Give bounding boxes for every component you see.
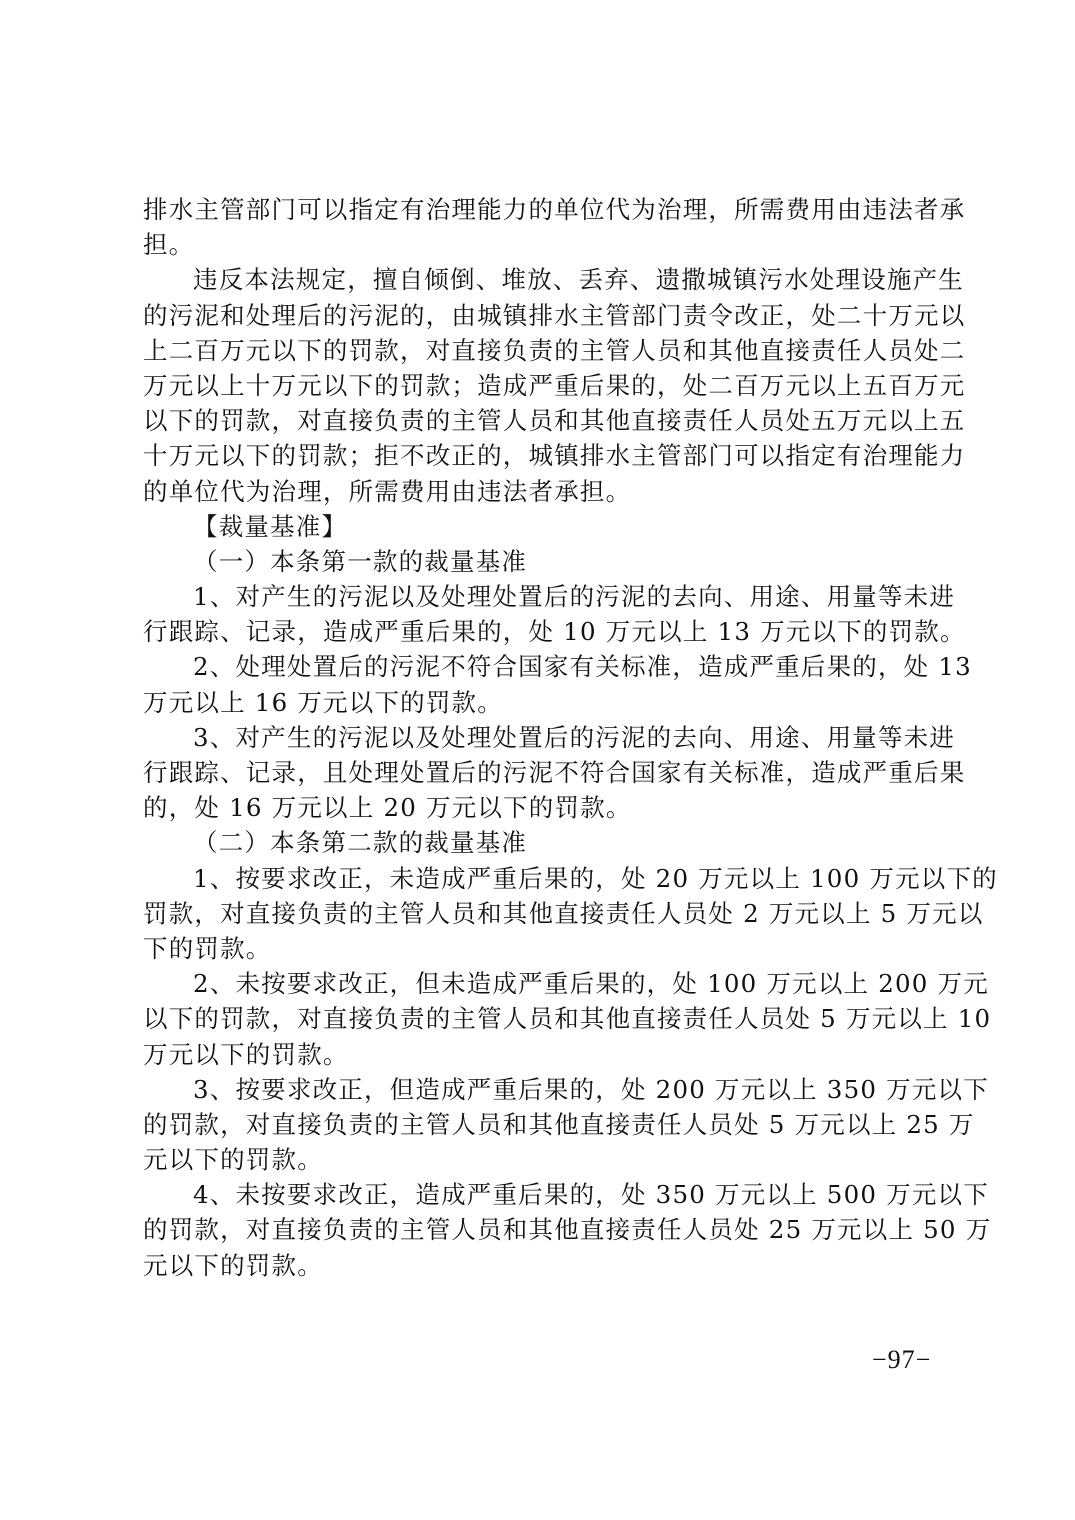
text-line: 行跟踪、记录，且处理处置后的污泥不符合国家有关标准，造成严重后果 [143,755,946,790]
text-line: 1、对产生的污泥以及处理处置后的污泥的去向、用途、用量等未进 [143,579,946,614]
text-line: 的罚款，对直接负责的主管人员和其他直接责任人员处 5 万元以上 25 万 [143,1107,946,1142]
text-line: 元以下的罚款。 [143,1142,946,1177]
text-line: 【裁量基准】 [143,509,946,544]
text-line: 排水主管部门可以指定有治理能力的单位代为治理，所需费用由违法者承 [143,192,946,227]
text-line: 的污泥和处理后的污泥的，由城镇排水主管部门责令改正，处二十万元以 [143,298,946,333]
text-line: 元以下的罚款。 [143,1248,946,1283]
text-line: 4、未按要求改正，造成严重后果的，处 350 万元以上 500 万元以下 [143,1177,946,1212]
text-line: 1、按要求改正，未造成严重后果的，处 20 万元以上 100 万元以下的 [143,861,946,896]
page-number: −97− [872,1345,931,1375]
text-line: 2、未按要求改正，但未造成严重后果的，处 100 万元以上 200 万元 [143,966,946,1001]
text-line: 3、对产生的污泥以及处理处置后的污泥的去向、用途、用量等未进 [143,720,946,755]
text-line: 万元以下的罚款。 [143,1037,946,1072]
text-line: 2、处理处置后的污泥不符合国家有关标准，造成严重后果的，处 13 [143,649,946,684]
text-line: （二）本条第二款的裁量基准 [143,825,946,860]
text-line: 的单位代为治理，所需费用由违法者承担。 [143,474,946,509]
text-line: 上二百万元以下的罚款，对直接负责的主管人员和其他直接责任人员处二 [143,333,946,368]
text-line: 的，处 16 万元以上 20 万元以下的罚款。 [143,790,946,825]
text-line: 万元以上 16 万元以下的罚款。 [143,685,946,720]
text-line: 十万元以下的罚款；拒不改正的，城镇排水主管部门可以指定有治理能力 [143,438,946,473]
text-line: 万元以上十万元以下的罚款；造成严重后果的，处二百万元以上五百万元 [143,368,946,403]
text-line: 担。 [143,227,946,262]
text-line: 的罚款，对直接负责的主管人员和其他直接责任人员处 25 万元以上 50 万 [143,1212,946,1247]
document-body: 排水主管部门可以指定有治理能力的单位代为治理，所需费用由违法者承担。违反本法规定… [143,192,946,1283]
text-line: 违反本法规定，擅自倾倒、堆放、丢弃、遗撒城镇污水处理设施产生 [143,262,946,297]
text-line: 行跟踪、记录，造成严重后果的，处 10 万元以上 13 万元以下的罚款。 [143,614,946,649]
text-line: 3、按要求改正，但造成严重后果的，处 200 万元以上 350 万元以下 [143,1072,946,1107]
text-line: 以下的罚款，对直接负责的主管人员和其他直接责任人员处 5 万元以上 10 [143,1001,946,1036]
text-line: 下的罚款。 [143,931,946,966]
text-line: 以下的罚款，对直接负责的主管人员和其他直接责任人员处五万元以上五 [143,403,946,438]
text-line: （一）本条第一款的裁量基准 [143,544,946,579]
text-line: 罚款，对直接负责的主管人员和其他直接责任人员处 2 万元以上 5 万元以 [143,896,946,931]
